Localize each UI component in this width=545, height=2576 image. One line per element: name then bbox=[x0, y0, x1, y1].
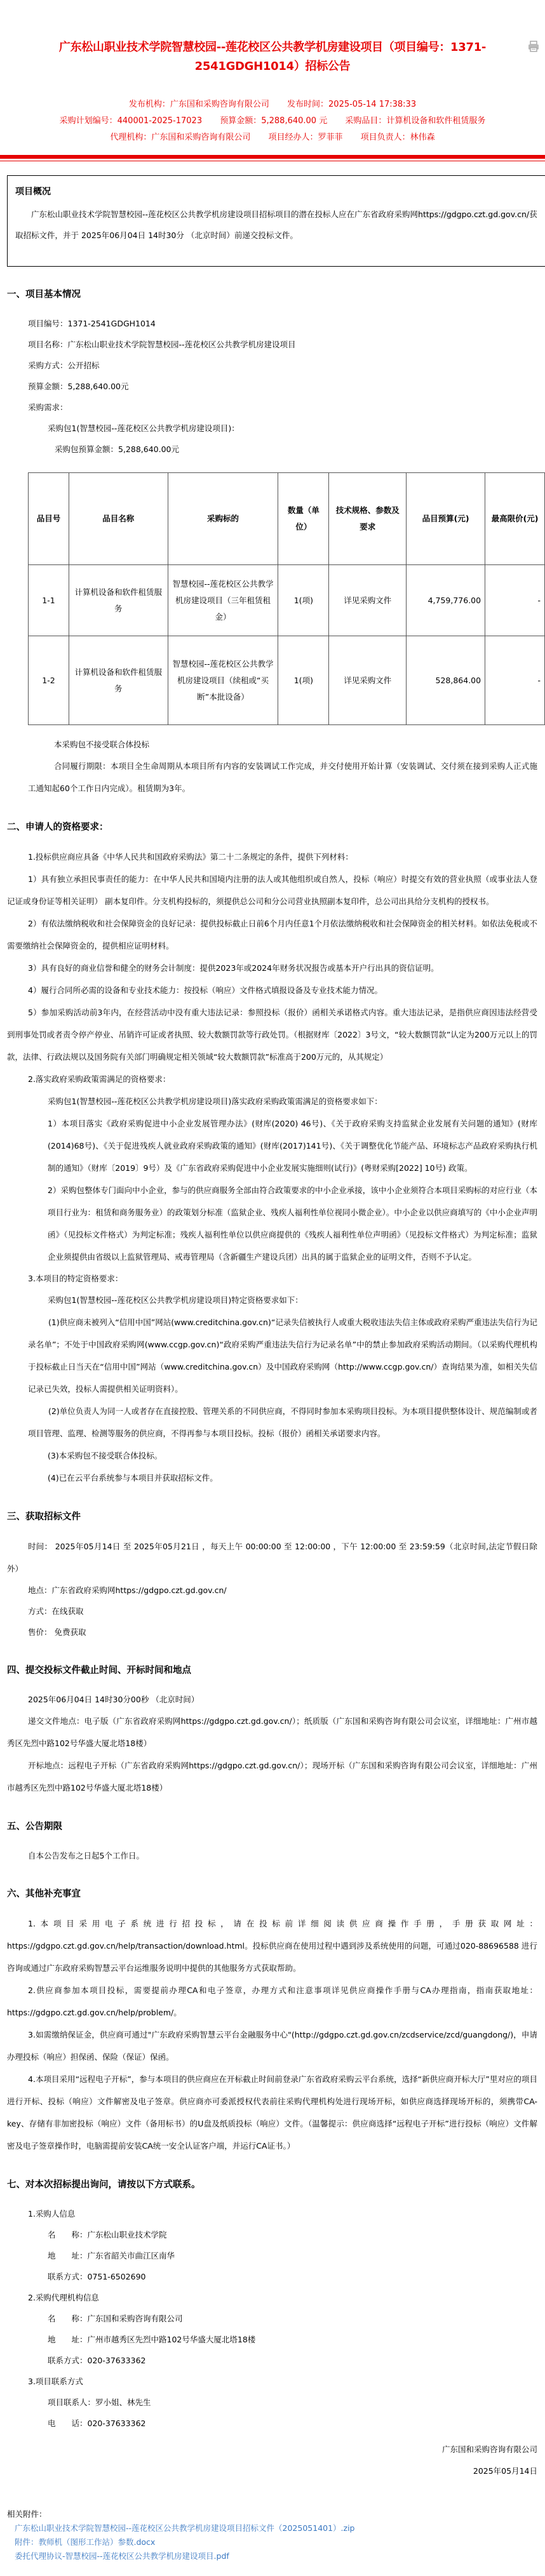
project-leader: 项目负责人：林伟森 bbox=[361, 133, 435, 142]
procurement-category: 采购品目：计算机设备和软件租赁服务 bbox=[345, 116, 485, 126]
qualification-1-2: 2）有依法缴纳税收和社会保障资金的良好记录：提供投标截止日前6个月内任意1个月依… bbox=[7, 912, 537, 957]
qualification-2-2: 2）采购包整体专门面向中小企业，参与的供应商服务全部由符合政策要求的中小企业承接… bbox=[7, 1179, 537, 1268]
qualification-3-2: (2)单位负责人为同一人或者存在直接控股、管理关系的不同供应商，不得同时参加本采… bbox=[7, 1400, 537, 1445]
buyer-name: 名 称：广东松山职业技术学院 bbox=[7, 2224, 537, 2245]
contract-period: 合同履行期限：本项目全生命周期从本项目所有内容的安装调试工作完成，并交付使用开始… bbox=[7, 755, 537, 799]
qualification-3-3: (3)本采购包不接受联合体投标。 bbox=[7, 1445, 537, 1467]
printer-icon[interactable] bbox=[527, 40, 540, 53]
overview-heading: 项目概况 bbox=[15, 185, 545, 197]
col-max-price: 最高限价(元) bbox=[485, 473, 545, 565]
bid-deadline: 2025年06月04日 14时30分00秒 （北京时间） bbox=[7, 1689, 537, 1710]
signature-org: 广东国和采购咨询有限公司 bbox=[7, 2439, 537, 2460]
buyer-address: 地 址：广东省韶关市曲江区南华 bbox=[7, 2245, 537, 2266]
package-title: 采购包1(智慧校园--莲花校区公共教学机房建设项目)： bbox=[7, 418, 537, 439]
submit-place: 递交文件地点：电子版（广东省政府采购网https://gdgpo.czt.gd.… bbox=[7, 1710, 537, 1754]
col-subject: 采购标的 bbox=[168, 473, 278, 565]
announcement-page: 广东松山职业技术学院智慧校园--莲花校区公共教学机房建设项目（项目编号：1371… bbox=[0, 0, 545, 2576]
document-time: 时间： 2025年05月14日 至 2025年05月21日 ，每天上午 00:0… bbox=[7, 1535, 537, 1580]
qualification-1-5: 5）参加采购活动前3年内，在经营活动中没有重大违法记录：参照投标（报价）函相关承… bbox=[7, 1001, 537, 1068]
procurement-demand: 采购需求： bbox=[7, 397, 537, 418]
procurement-items-table: 品目号 品目名称 采购标的 数量（单位） 技术规格、参数及要求 品目预算(元) … bbox=[28, 472, 545, 725]
plan-number: 采购计划编号：440001-2025-17023 bbox=[60, 116, 202, 126]
header: 广东松山职业技术学院智慧校园--莲花校区公共教学机房建设项目（项目编号：1371… bbox=[0, 0, 545, 88]
attachment-link-agreement-pdf[interactable]: 委托代理协议-智慧校园--莲花校区公共教学机房建设项目.pdf bbox=[7, 2549, 545, 2563]
agency-name: 名 称：广东国和采购咨询有限公司 bbox=[7, 2308, 537, 2329]
project-handler: 项目经办人：罗菲菲 bbox=[268, 133, 342, 142]
divider-thin bbox=[0, 161, 545, 161]
package-budget: 采购包预算金额：5,288,640.00元 bbox=[7, 439, 537, 460]
budget: 预算金额：5,288,640.00元 bbox=[7, 376, 537, 397]
section-5-heading: 五、公告期限 bbox=[7, 1819, 537, 1832]
qualification-1-4: 4）履行合同所必需的设备和专业技术能力：按投标（响应）文件格式填报设备及专业技术… bbox=[7, 979, 537, 1001]
qualification-1-1: 1）具有独立承担民事责任的能力：在中华人民共和国境内注册的法人或其他组织或自然人… bbox=[7, 868, 537, 912]
page-title: 广东松山职业技术学院智慧校园--莲花校区公共教学机房建设项目（项目编号：1371… bbox=[25, 38, 520, 76]
col-spec: 技术规格、参数及要求 bbox=[329, 473, 407, 565]
qualification-3-1: (1)供应商未被列入“信用中国”网站(www.creditchina.gov.c… bbox=[7, 1311, 537, 1400]
notice-period: 自本公告发布之日起5个工作日。 bbox=[7, 1845, 537, 1866]
section-2-heading: 二、申请人的资格要求： bbox=[7, 820, 537, 833]
buyer-info-title: 1.采购人信息 bbox=[7, 2203, 537, 2224]
agency: 代理机构：广东国和采购咨询有限公司 bbox=[110, 133, 250, 142]
overview-url: https://gdgpo.czt.gd.gov.cn/ bbox=[418, 210, 529, 219]
meta-info: 发布机构：广东国和采购咨询有限公司 发布时间：2025-05-14 17:38:… bbox=[0, 97, 545, 146]
attachment-link-params-docx[interactable]: 附件：教师机（图形工作站）参数.docx bbox=[7, 2535, 545, 2549]
document-price: 售价： 免费获取 bbox=[7, 1622, 537, 1643]
budget-amount: 预算金额：5,288,640.00 元 bbox=[220, 116, 327, 126]
qualification-3: 3.本项目的特定资格要求： bbox=[7, 1268, 537, 1289]
supplement-1: 1.本项目采用电子系统进行招投标，请在投标前详细阅读供应商操作手册，手册获取网址… bbox=[7, 1912, 537, 1979]
project-number: 项目编号：1371-2541GDGH1014 bbox=[7, 313, 537, 334]
document-mode: 方式：在线获取 bbox=[7, 1601, 537, 1622]
qualification-1: 1.投标供应商应具备《中华人民共和国政府采购法》第二十二条规定的条件，提供下列材… bbox=[7, 846, 537, 868]
project-contact-person: 项目联系人：罗小姐、林先生 bbox=[7, 2392, 537, 2413]
section-1-heading: 一、项目基本情况 bbox=[7, 287, 537, 300]
attachments-heading: 相关附件： bbox=[7, 2507, 545, 2521]
project-contact-phone: 电 话：020-37633362 bbox=[7, 2413, 537, 2434]
procurement-method: 采购方式：公开招标 bbox=[7, 355, 537, 376]
table-header-row: 品目号 品目名称 采购标的 数量（单位） 技术规格、参数及要求 品目预算(元) … bbox=[29, 473, 545, 565]
project-overview-box: 项目概况 广东松山职业技术学院智慧校园--莲花校区公共教学机房建设项目招标项目的… bbox=[7, 175, 545, 267]
attachment-link-tender-zip[interactable]: 广东松山职业技术学院智慧校园--莲花校区公共教学机房建设项目招标文件（20250… bbox=[7, 2521, 545, 2535]
announcement-body: 一、项目基本情况 项目编号：1371-2541GDGH1014 项目名称：广东松… bbox=[0, 287, 545, 2482]
section-4-heading: 四、提交投标文件截止时间、开标时间和地点 bbox=[7, 1663, 537, 1676]
publish-time: 发布时间：2025-05-14 17:38:33 bbox=[287, 100, 416, 109]
qualification-2: 2.落实政府采购政策需满足的资格要求： bbox=[7, 1068, 537, 1090]
project-contact-title: 3.项目联系方式 bbox=[7, 2371, 537, 2392]
agency-phone: 联系方式：020-37633362 bbox=[7, 2350, 537, 2371]
opening-place: 开标地点：远程电子开标（广东省政府采购网https://gdgpo.czt.gd… bbox=[7, 1754, 537, 1799]
supplement-3: 3.如需缴纳保证金，供应商可通过"广东政府采购智慧云平台金融服务中心"(http… bbox=[7, 2024, 537, 2068]
attachments-section: 相关附件： 广东松山职业技术学院智慧校园--莲花校区公共教学机房建设项目招标文件… bbox=[0, 2507, 545, 2576]
table-row: 1-1 计算机设备和软件租赁服务 智慧校园--莲花校区公共教学机房建设项目（三年… bbox=[29, 565, 545, 636]
qualification-3-4: (4)已在云平台系统参与本项目并获取招标文件。 bbox=[7, 1467, 537, 1489]
col-item-budget: 品目预算(元) bbox=[407, 473, 485, 565]
supplement-4: 4.本项目采用“远程电子开标”，参与本项目的供应商应在开标截止时间前登录广东省政… bbox=[7, 2068, 537, 2157]
qualification-2-package: 采购包1(智慧校园--莲花校区公共教学机房建设项目)落实政府采购政策需满足的资格… bbox=[7, 1090, 537, 1112]
signature-date: 2025年05月14日 bbox=[7, 2460, 537, 2482]
qualification-2-1: 1）本项目落实《政府采购促进中小企业发展管理办法》(财库(2020) 46号)、… bbox=[7, 1112, 537, 1179]
col-item-no: 品目号 bbox=[29, 473, 69, 565]
section-6-heading: 六、其他补充事宜 bbox=[7, 1886, 537, 1900]
qualification-1-3: 3）具有良好的商业信誉和健全的财务会计制度：提供2023年或2024年财务状况报… bbox=[7, 957, 537, 979]
section-3-heading: 三、获取招标文件 bbox=[7, 1509, 537, 1523]
divider-thick bbox=[0, 155, 545, 159]
section-7-heading: 七、对本次招标提出询问，请按以下方式联系。 bbox=[7, 2177, 537, 2191]
document-place: 地点：广东省政府采购网https://gdgpo.czt.gd.gov.cn/ bbox=[7, 1580, 537, 1601]
col-item-name: 品目名称 bbox=[69, 473, 168, 565]
agency-info-title: 2.采购代理机构信息 bbox=[7, 2287, 537, 2308]
supplement-2: 2.供应商参加本项目投标，需要提前办理CA和电子签章，办理方式和注意事项详见供应… bbox=[7, 1979, 537, 2024]
qualification-3-package: 采购包1(智慧校园--莲花校区公共教学机房建设项目)特定资格要求如下： bbox=[7, 1289, 537, 1311]
col-quantity: 数量（单位） bbox=[278, 473, 329, 565]
publisher: 发布机构：广东国和采购咨询有限公司 bbox=[129, 100, 269, 109]
signature-block: 广东国和采购咨询有限公司 2025年05月14日 bbox=[7, 2439, 537, 2482]
buyer-phone: 联系方式：0751-6502690 bbox=[7, 2266, 537, 2287]
overview-text: 广东松山职业技术学院智慧校园--莲花校区公共教学机房建设项目招标项目的潜在投标人… bbox=[15, 204, 545, 246]
no-consortium-note: 本采购包不接受联合体投标 bbox=[7, 734, 537, 755]
agency-address: 地 址：广州市越秀区先烈中路102号华盛大厦北塔18楼 bbox=[7, 2329, 537, 2350]
table-row: 1-2 计算机设备和软件租赁服务 智慧校园--莲花校区公共教学机房建设项目（续租… bbox=[29, 636, 545, 725]
project-name: 项目名称：广东松山职业技术学院智慧校园--莲花校区公共教学机房建设项目 bbox=[7, 334, 537, 355]
